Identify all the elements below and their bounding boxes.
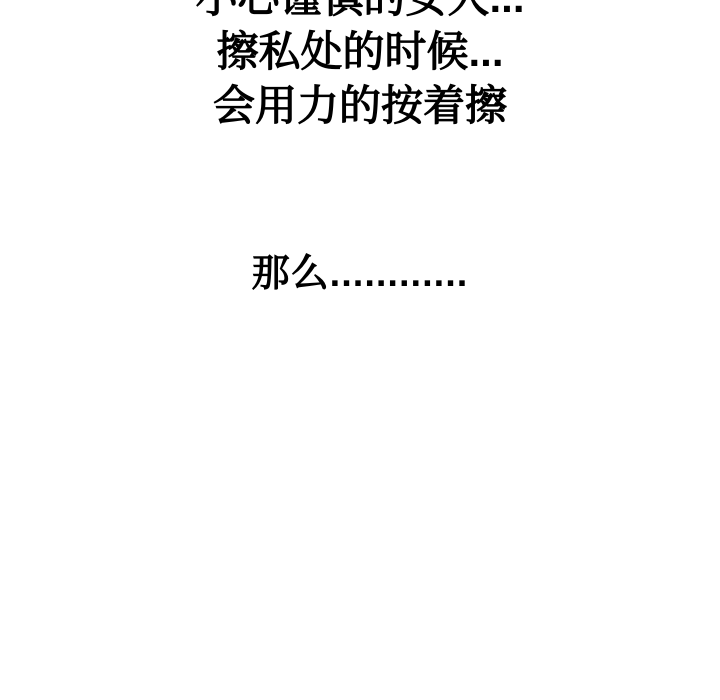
caption-block: 小心谨慎的女人... 擦私处的时候... 会用力的按着擦 那么.........… xyxy=(0,0,720,301)
caption-line-2: 擦私处的时候... xyxy=(0,25,720,79)
caption-line-1: 小心谨慎的女人... xyxy=(0,0,720,25)
comic-page: 小心谨慎的女人... 擦私处的时候... 会用力的按着擦 那么.........… xyxy=(0,0,720,700)
caption-followup-line: 那么............ xyxy=(0,247,720,301)
caption-line-3: 会用力的按着擦 xyxy=(0,79,720,133)
